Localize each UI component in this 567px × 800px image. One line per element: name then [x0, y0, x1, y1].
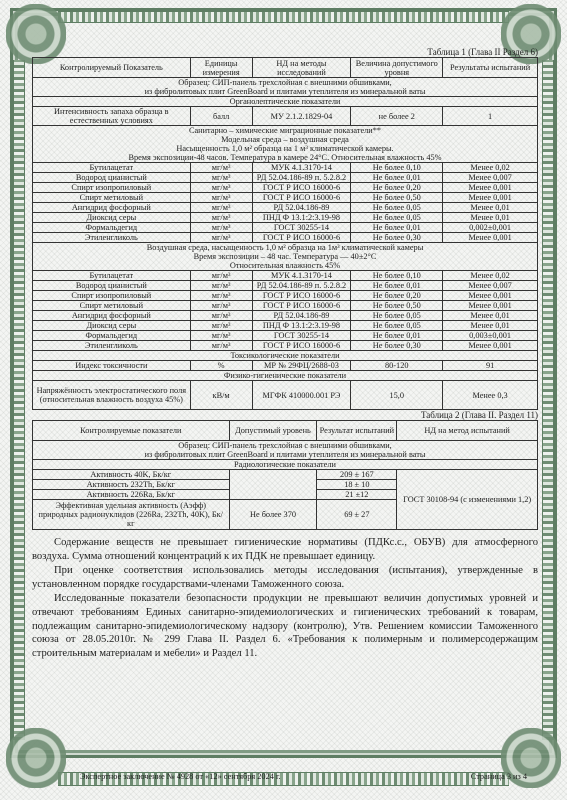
cell-indicator: Формальдегид	[33, 223, 191, 233]
cell-result: 21 ±12	[317, 490, 397, 500]
conclusion-text: Содержание веществ не превышает гигиенич…	[32, 536, 538, 660]
table-row: Активность 40K, Бк/кг 209 ± 167 ГОСТ 301…	[33, 470, 538, 480]
table-row: Индекс токсичности % МР № 29ФЦ/2688-03 8…	[33, 361, 538, 371]
environment-line: Насыщенность 1,0 м² образца на 1 м³ клим…	[33, 144, 537, 153]
cell-method: ГОСТ 30255-14	[252, 331, 351, 341]
cell-unit: мг/м³	[190, 311, 252, 321]
table-row: Ангидрид фосфорныймг/м³РД 52.04.186-89Не…	[33, 311, 538, 321]
document-reference: Экспертное заключение № 4928 от «12» сен…	[80, 772, 281, 781]
cell-indicator: Бутилацетат	[33, 271, 191, 281]
sample-line: из фибролитовых плит GreenBoard и плитам…	[33, 450, 537, 459]
cell-indicator: Индекс токсичности	[33, 361, 191, 371]
cell-limit-empty	[229, 470, 317, 500]
cell-result: Менее 0,001	[443, 301, 538, 311]
cell-method: ГОСТ Р ИСО 16000-6	[252, 193, 351, 203]
cell-limit: Не более 0,20	[351, 291, 443, 301]
cell-limit: Не более 0,05	[351, 213, 443, 223]
header-indicator: Контролируемый Показатель	[33, 58, 191, 78]
cell-result: Менее 0,02	[443, 163, 538, 173]
cell-indicator: Этиленгликоль	[33, 233, 191, 243]
environment-line: Модельная среда – воздушная среда	[33, 135, 537, 144]
cell-unit: мг/м³	[190, 173, 252, 183]
cell-result: 69 ± 27	[317, 500, 397, 530]
cell-unit: мг/м³	[190, 233, 252, 243]
cell-unit: мг/м³	[190, 271, 252, 281]
table-row: Этиленгликольмг/м³ГОСТ Р ИСО 16000-6Не б…	[33, 233, 538, 243]
cell-indicator: Диоксид серы	[33, 213, 191, 223]
cell-limit: Не более 0,50	[351, 193, 443, 203]
cell-unit: мг/м³	[190, 213, 252, 223]
cell-unit: %	[190, 361, 252, 371]
section-radiology: Радиологические показатели	[33, 460, 538, 470]
sample-description-row: Образец: СИП-панель трехслойная с внешни…	[33, 441, 538, 460]
table-row: Бутилацетатмг/м³МУК 4.1.3170-14Не более …	[33, 271, 538, 281]
cell-method: ГОСТ Р ИСО 16000-6	[252, 183, 351, 193]
paragraph: Содержание веществ не превышает гигиенич…	[32, 536, 538, 563]
environment-line: Время экспозиции-48 часов. Температура в…	[33, 153, 537, 162]
cell-result: Менее 0,001	[443, 193, 538, 203]
section-migration: Санитарно – химические миграционные пока…	[33, 126, 538, 163]
cell-result: 91	[443, 361, 538, 371]
cell-method: МУК 4.1.3170-14	[252, 163, 351, 173]
table-row: Диоксид серымг/м³ПНД Ф 13.1:2:3.19-98Не …	[33, 213, 538, 223]
header-result: Результаты испытаний	[443, 58, 538, 78]
table2-caption: Таблица 2 (Глава II. Раздел 11)	[32, 410, 538, 420]
cell-limit: не более 2	[351, 107, 443, 126]
environment-conditions: Воздушная среда, насыщенность 1,0 м² обр…	[33, 243, 538, 271]
section-row: Органолептические показатели	[33, 97, 538, 107]
table1-header-row: Контролируемый Показатель Единицы измере…	[33, 58, 538, 78]
cell-method: РД 52.04.186-89 п. 5.2.8.2	[252, 281, 351, 291]
table-row: Интенсивность запаха образца в естествен…	[33, 107, 538, 126]
cell-unit: мг/м³	[190, 223, 252, 233]
cell-limit: Не более 0,05	[351, 203, 443, 213]
cell-limit: 80-120	[351, 361, 443, 371]
frame-ornament-top	[58, 11, 509, 23]
cell-limit: Не более 0,05	[351, 311, 443, 321]
cell-indicator: Активность 226Ra, Бк/кг	[33, 490, 230, 500]
frame-ornament-left	[13, 60, 25, 740]
cell-result: Менее 0,001	[443, 183, 538, 193]
table-row: Этиленгликольмг/м³ГОСТ Р ИСО 16000-6Не б…	[33, 341, 538, 351]
table-row: Напряжённость электростатического поля (…	[33, 381, 538, 410]
table-row: Бутилацетатмг/м³МУК 4.1.3170-14Не более …	[33, 163, 538, 173]
cell-indicator: Активность 40K, Бк/кг	[33, 470, 230, 480]
cell-unit: мг/м³	[190, 301, 252, 311]
cell-indicator: Водород цианистый	[33, 173, 191, 183]
cell-method: ГОСТ 30108-94 (с изменениями 1,2)	[397, 470, 538, 530]
paragraph: Исследованные показатели безопасности пр…	[32, 592, 538, 660]
cell-result: Менее 0,001	[443, 291, 538, 301]
environment-line: Время экспозиции – 48 час. Температура —…	[33, 252, 537, 261]
section-row: Воздушная среда, насыщенность 1,0 м² обр…	[33, 243, 538, 271]
sample-line: Образец: СИП-панель трехслойная с внешни…	[33, 441, 537, 450]
header-limit: Величина допустимого уровня	[351, 58, 443, 78]
cell-indicator: Водород цианистый	[33, 281, 191, 291]
cell-result: 0,003±0,001	[443, 331, 538, 341]
environment-line: Воздушная среда, насыщенность 1,0 м² обр…	[33, 243, 537, 252]
corner-rosette-icon	[6, 728, 66, 788]
cell-unit: балл	[190, 107, 252, 126]
header-unit: Единицы измерения	[190, 58, 252, 78]
cell-indicator: Спирт изопропиловый	[33, 183, 191, 193]
cell-unit: мг/м³	[190, 163, 252, 173]
cell-unit: мг/м³	[190, 321, 252, 331]
header-method: НД на метод испытаний	[397, 421, 538, 441]
page-number: Страница 3 из 4	[471, 772, 527, 781]
page-footer: Экспертное заключение № 4928 от «12» сен…	[80, 772, 527, 781]
sample-description-row: Образец: СИП-панель трехслойная с внешни…	[33, 78, 538, 97]
table1-sanitary-indicators: Контролируемый Показатель Единицы измере…	[32, 57, 538, 410]
cell-unit: мг/м³	[190, 193, 252, 203]
cell-unit: мг/м³	[190, 183, 252, 193]
cell-method: МГФК 410000.001 РЭ	[252, 381, 351, 410]
table-row: Водород цианистыймг/м³РД 52.04.186-89 п.…	[33, 173, 538, 183]
cell-result: Менее 0,01	[443, 321, 538, 331]
cell-method: ГОСТ Р ИСО 16000-6	[252, 301, 351, 311]
table-row: Формальдегидмг/м³ГОСТ 30255-14Не более 0…	[33, 331, 538, 341]
cell-result: 0,002±0,001	[443, 223, 538, 233]
cell-method: МР № 29ФЦ/2688-03	[252, 361, 351, 371]
cell-limit: Не более 370	[229, 500, 317, 530]
section-organoleptic: Органолептические показатели	[33, 97, 538, 107]
cell-method: ГОСТ Р ИСО 16000-6	[252, 233, 351, 243]
cell-limit: 15,0	[351, 381, 443, 410]
cell-result: Менее 0,01	[443, 203, 538, 213]
cell-unit: мг/м³	[190, 341, 252, 351]
table-row: Ангидрид фосфорныймг/м³РД 52.04.186-89Не…	[33, 203, 538, 213]
cell-indicator: Напряжённость электростатического поля (…	[33, 381, 191, 410]
section-row: Санитарно – химические миграционные пока…	[33, 126, 538, 163]
header-indicator: Контролируемые показатели	[33, 421, 230, 441]
cell-indicator: Спирт метиловый	[33, 193, 191, 203]
cell-result: Менее 0,02	[443, 271, 538, 281]
cell-result: Менее 0,007	[443, 281, 538, 291]
table-row: Диоксид серымг/м³ПНД Ф 13.1:2:3.19-98Не …	[33, 321, 538, 331]
table-row: Спирт изопропиловыймг/м³ГОСТ Р ИСО 16000…	[33, 291, 538, 301]
cell-result: Менее 0,01	[443, 311, 538, 321]
sample-line: Образец: СИП-панель трехслойная с внешни…	[33, 78, 537, 87]
environment-line: Относительная влажность 45%	[33, 261, 537, 270]
cell-method: РД 52.04.186-89 п. 5.2.8.2	[252, 173, 351, 183]
cell-result: 209 ± 167	[317, 470, 397, 480]
section-toxicology: Токсикологические показатели	[33, 351, 538, 361]
cell-indicator: Ангидрид фосфорный	[33, 203, 191, 213]
table-row: Водород цианистыймг/м³РД 52.04.186-89 п.…	[33, 281, 538, 291]
cell-limit: Не более 0,05	[351, 321, 443, 331]
section-row: Радиологические показатели	[33, 460, 538, 470]
cell-limit: Не более 0,10	[351, 271, 443, 281]
cell-method: ГОСТ Р ИСО 16000-6	[252, 341, 351, 351]
table2-radiology-indicators: Контролируемые показатели Допустимый уро…	[32, 420, 538, 530]
table2-header-row: Контролируемые показатели Допустимый уро…	[33, 421, 538, 441]
cell-method: ПНД Ф 13.1:2:3.19-98	[252, 321, 351, 331]
cell-unit: мг/м³	[190, 281, 252, 291]
table-row: Спирт метиловыймг/м³ГОСТ Р ИСО 16000-6Не…	[33, 301, 538, 311]
cell-indicator: Активность 232Th, Бк/кг	[33, 480, 230, 490]
section-migration-label: Санитарно – химические миграционные пока…	[33, 126, 537, 135]
cell-result: 1	[443, 107, 538, 126]
cell-result: Менее 0,007	[443, 173, 538, 183]
header-limit: Допустимый уровень	[229, 421, 317, 441]
cell-indicator: Спирт изопропиловый	[33, 291, 191, 301]
section-physical: Физико-гигиенические показатели	[33, 371, 538, 381]
cell-limit: Не более 0,01	[351, 223, 443, 233]
cell-indicator: Формальдегид	[33, 331, 191, 341]
cell-limit: Не более 0,01	[351, 173, 443, 183]
cell-indicator: Интенсивность запаха образца в естествен…	[33, 107, 191, 126]
cell-unit: мг/м³	[190, 203, 252, 213]
table1-caption: Таблица 1 (Глава II Раздел 6)	[32, 47, 538, 57]
cell-indicator: Ангидрид фосфорный	[33, 311, 191, 321]
cell-limit: Не более 0,20	[351, 183, 443, 193]
cell-method: ПНД Ф 13.1:2:3.19-98	[252, 213, 351, 223]
header-method: НД на методы исследований	[252, 58, 351, 78]
cell-limit: Не более 0,01	[351, 331, 443, 341]
section-row: Физико-гигиенические показатели	[33, 371, 538, 381]
cell-unit: мг/м³	[190, 331, 252, 341]
cell-result: 18 ± 10	[317, 480, 397, 490]
table-row: Формальдегидмг/м³ГОСТ 30255-14Не более 0…	[33, 223, 538, 233]
cell-limit: Не более 0,01	[351, 281, 443, 291]
section-row: Токсикологические показатели	[33, 351, 538, 361]
document-page: Таблица 1 (Глава II Раздел 6) Контролиру…	[0, 0, 567, 800]
table-row: Спирт изопропиловыймг/м³ГОСТ Р ИСО 16000…	[33, 183, 538, 193]
table-row: Спирт метиловыймг/м³ГОСТ Р ИСО 16000-6Не…	[33, 193, 538, 203]
header-result: Результат испытаний	[317, 421, 397, 441]
cell-result: Менее 0,01	[443, 213, 538, 223]
cell-method: МУ 2.1.2.1829-04	[252, 107, 351, 126]
cell-indicator: Бутилацетат	[33, 163, 191, 173]
cell-indicator: Спирт метиловый	[33, 301, 191, 311]
cell-method: ГОСТ Р ИСО 16000-6	[252, 291, 351, 301]
frame-ornament-right	[542, 60, 554, 740]
cell-limit: Не более 0,50	[351, 301, 443, 311]
cell-method: РД 52.04.186-89	[252, 203, 351, 213]
cell-method: РД 52.04.186-89	[252, 311, 351, 321]
paragraph: При оценке соответствия использовались м…	[32, 564, 538, 591]
cell-unit: мг/м³	[190, 291, 252, 301]
cell-unit: кВ/м	[190, 381, 252, 410]
cell-result: Менее 0,001	[443, 341, 538, 351]
cell-method: ГОСТ 30255-14	[252, 223, 351, 233]
cell-method: МУК 4.1.3170-14	[252, 271, 351, 281]
cell-indicator: Эффективная удельная активность (Аэфф) п…	[33, 500, 230, 530]
cell-result: Менее 0,001	[443, 233, 538, 243]
document-content: Таблица 1 (Глава II Раздел 6) Контролиру…	[32, 47, 538, 661]
cell-limit: Не более 0,30	[351, 233, 443, 243]
cell-indicator: Диоксид серы	[33, 321, 191, 331]
sample-line: из фибролитовых плит GreenBoard и плитам…	[33, 87, 537, 96]
cell-limit: Не более 0,30	[351, 341, 443, 351]
cell-indicator: Этиленгликоль	[33, 341, 191, 351]
cell-limit: Не более 0,10	[351, 163, 443, 173]
cell-result: Менее 0,3	[443, 381, 538, 410]
